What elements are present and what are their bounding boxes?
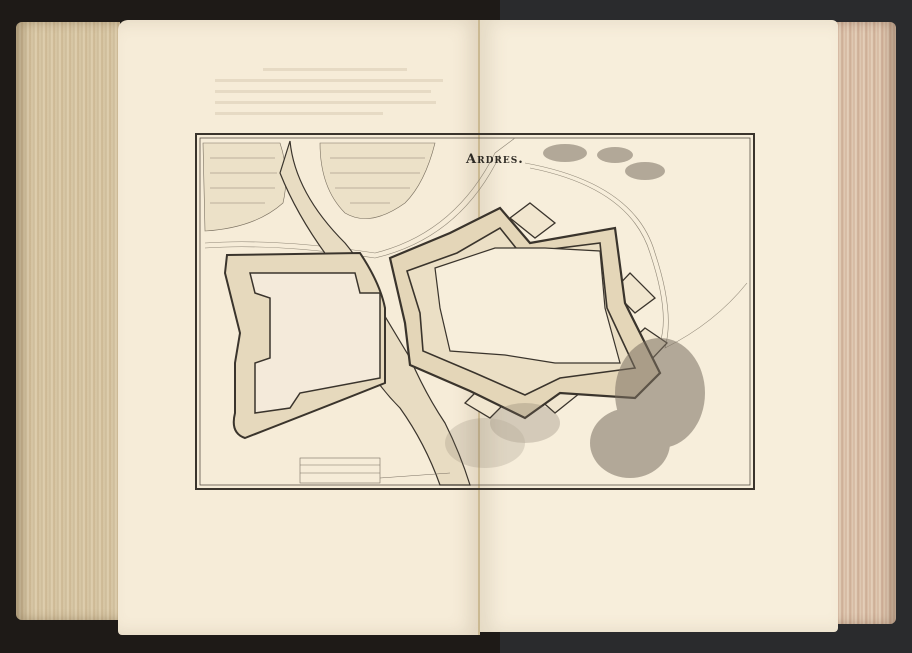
engraved-map-plate [195,133,755,490]
open-book: Ardres. [0,0,912,653]
fortress-interior [435,248,620,363]
show-through-text [215,60,455,130]
plate-title: Ardres. [466,152,524,167]
left-page-edges [16,22,120,620]
right-page-edges [836,22,896,624]
fortress-plan-svg [195,133,755,490]
scale-bar [300,458,450,483]
